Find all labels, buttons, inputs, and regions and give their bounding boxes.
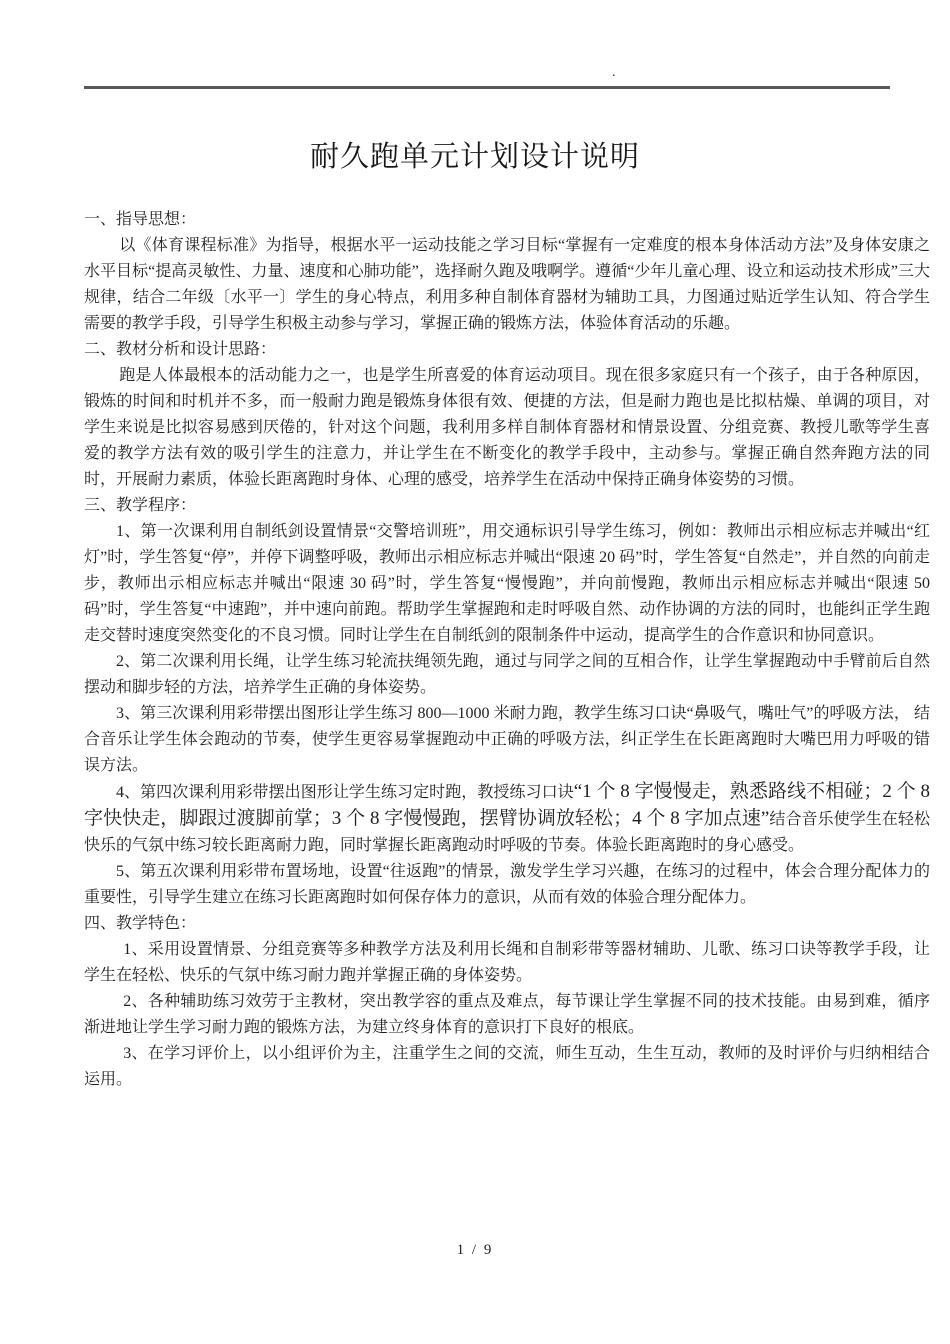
header-period-mark: . <box>612 66 616 80</box>
section-3-heading: 三、教学程序： <box>84 493 930 519</box>
document-title: 耐久跑单元计划设计说明 <box>0 134 950 175</box>
section-4-paragraph-2: 2、各种辅助练习效劳于主教材，突出教学容的重点及难点，每节课让学生掌握不同的技术… <box>84 989 930 1041</box>
section-3-paragraph-1: 1、第一次课利用自制纸剑设置情景“交警培训班”，用交通标识引导学生练习，例如：教… <box>84 519 930 649</box>
header-rule <box>84 86 890 89</box>
section-3-paragraph-4: 4、第四次课利用彩带摆出图形让学生练习定时跑，教授练习口诀“1 个 8 字慢慢走… <box>84 779 930 859</box>
document-body: 一、指导思想： 以《体育课程标准》为指导，根据水平一运动技能之学习目标“掌握有一… <box>84 207 930 1093</box>
section-2-heading: 二、教材分析和设计思路： <box>84 337 930 363</box>
section-4-heading: 四、教学特色： <box>84 911 930 937</box>
document-page: . 耐久跑单元计划设计说明 一、指导思想： 以《体育课程标准》为指导，根据水平一… <box>0 0 950 1344</box>
page-footer: 1 / 9 <box>0 1242 950 1259</box>
section-1-paragraph: 以《体育课程标准》为指导，根据水平一运动技能之学习目标“掌握有一定难度的根本身体… <box>84 233 930 337</box>
paragraph-text-before-quote: 4、第四次课利用彩带摆出图形让学生练习定时跑，教授练习口诀 <box>116 784 574 801</box>
section-2-paragraph: 跑是人体最根本的活动能力之一，也是学生所喜爱的体育运动项目。现在很多家庭只有一个… <box>84 363 930 493</box>
section-4-paragraph-1: 1、采用设置情景、分组竞赛等多种教学方法及利用长绳和自制彩带等器材辅助、儿歌、练… <box>84 937 930 989</box>
section-3-paragraph-2: 2、第二次课利用长绳，让学生练习轮流扶绳领先跑，通过与同学之间的互相合作，让学生… <box>84 649 930 701</box>
section-3-paragraph-5: 5、第五次课利用彩带布置场地，设置“往返跑”的情景，激发学生学习兴趣，在练习的过… <box>84 859 930 911</box>
section-4-paragraph-3: 3、在学习评价上，以小组评价为主，注重学生之间的交流，师生互动，生生互动，教师的… <box>84 1041 930 1093</box>
page-number: 1 / 9 <box>457 1242 494 1258</box>
section-3-paragraph-3: 3、第三次课利用彩带摆出图形让学生练习 800—1000 米耐力跑，教学生练习口… <box>84 701 930 779</box>
section-1-heading: 一、指导思想： <box>84 207 930 233</box>
